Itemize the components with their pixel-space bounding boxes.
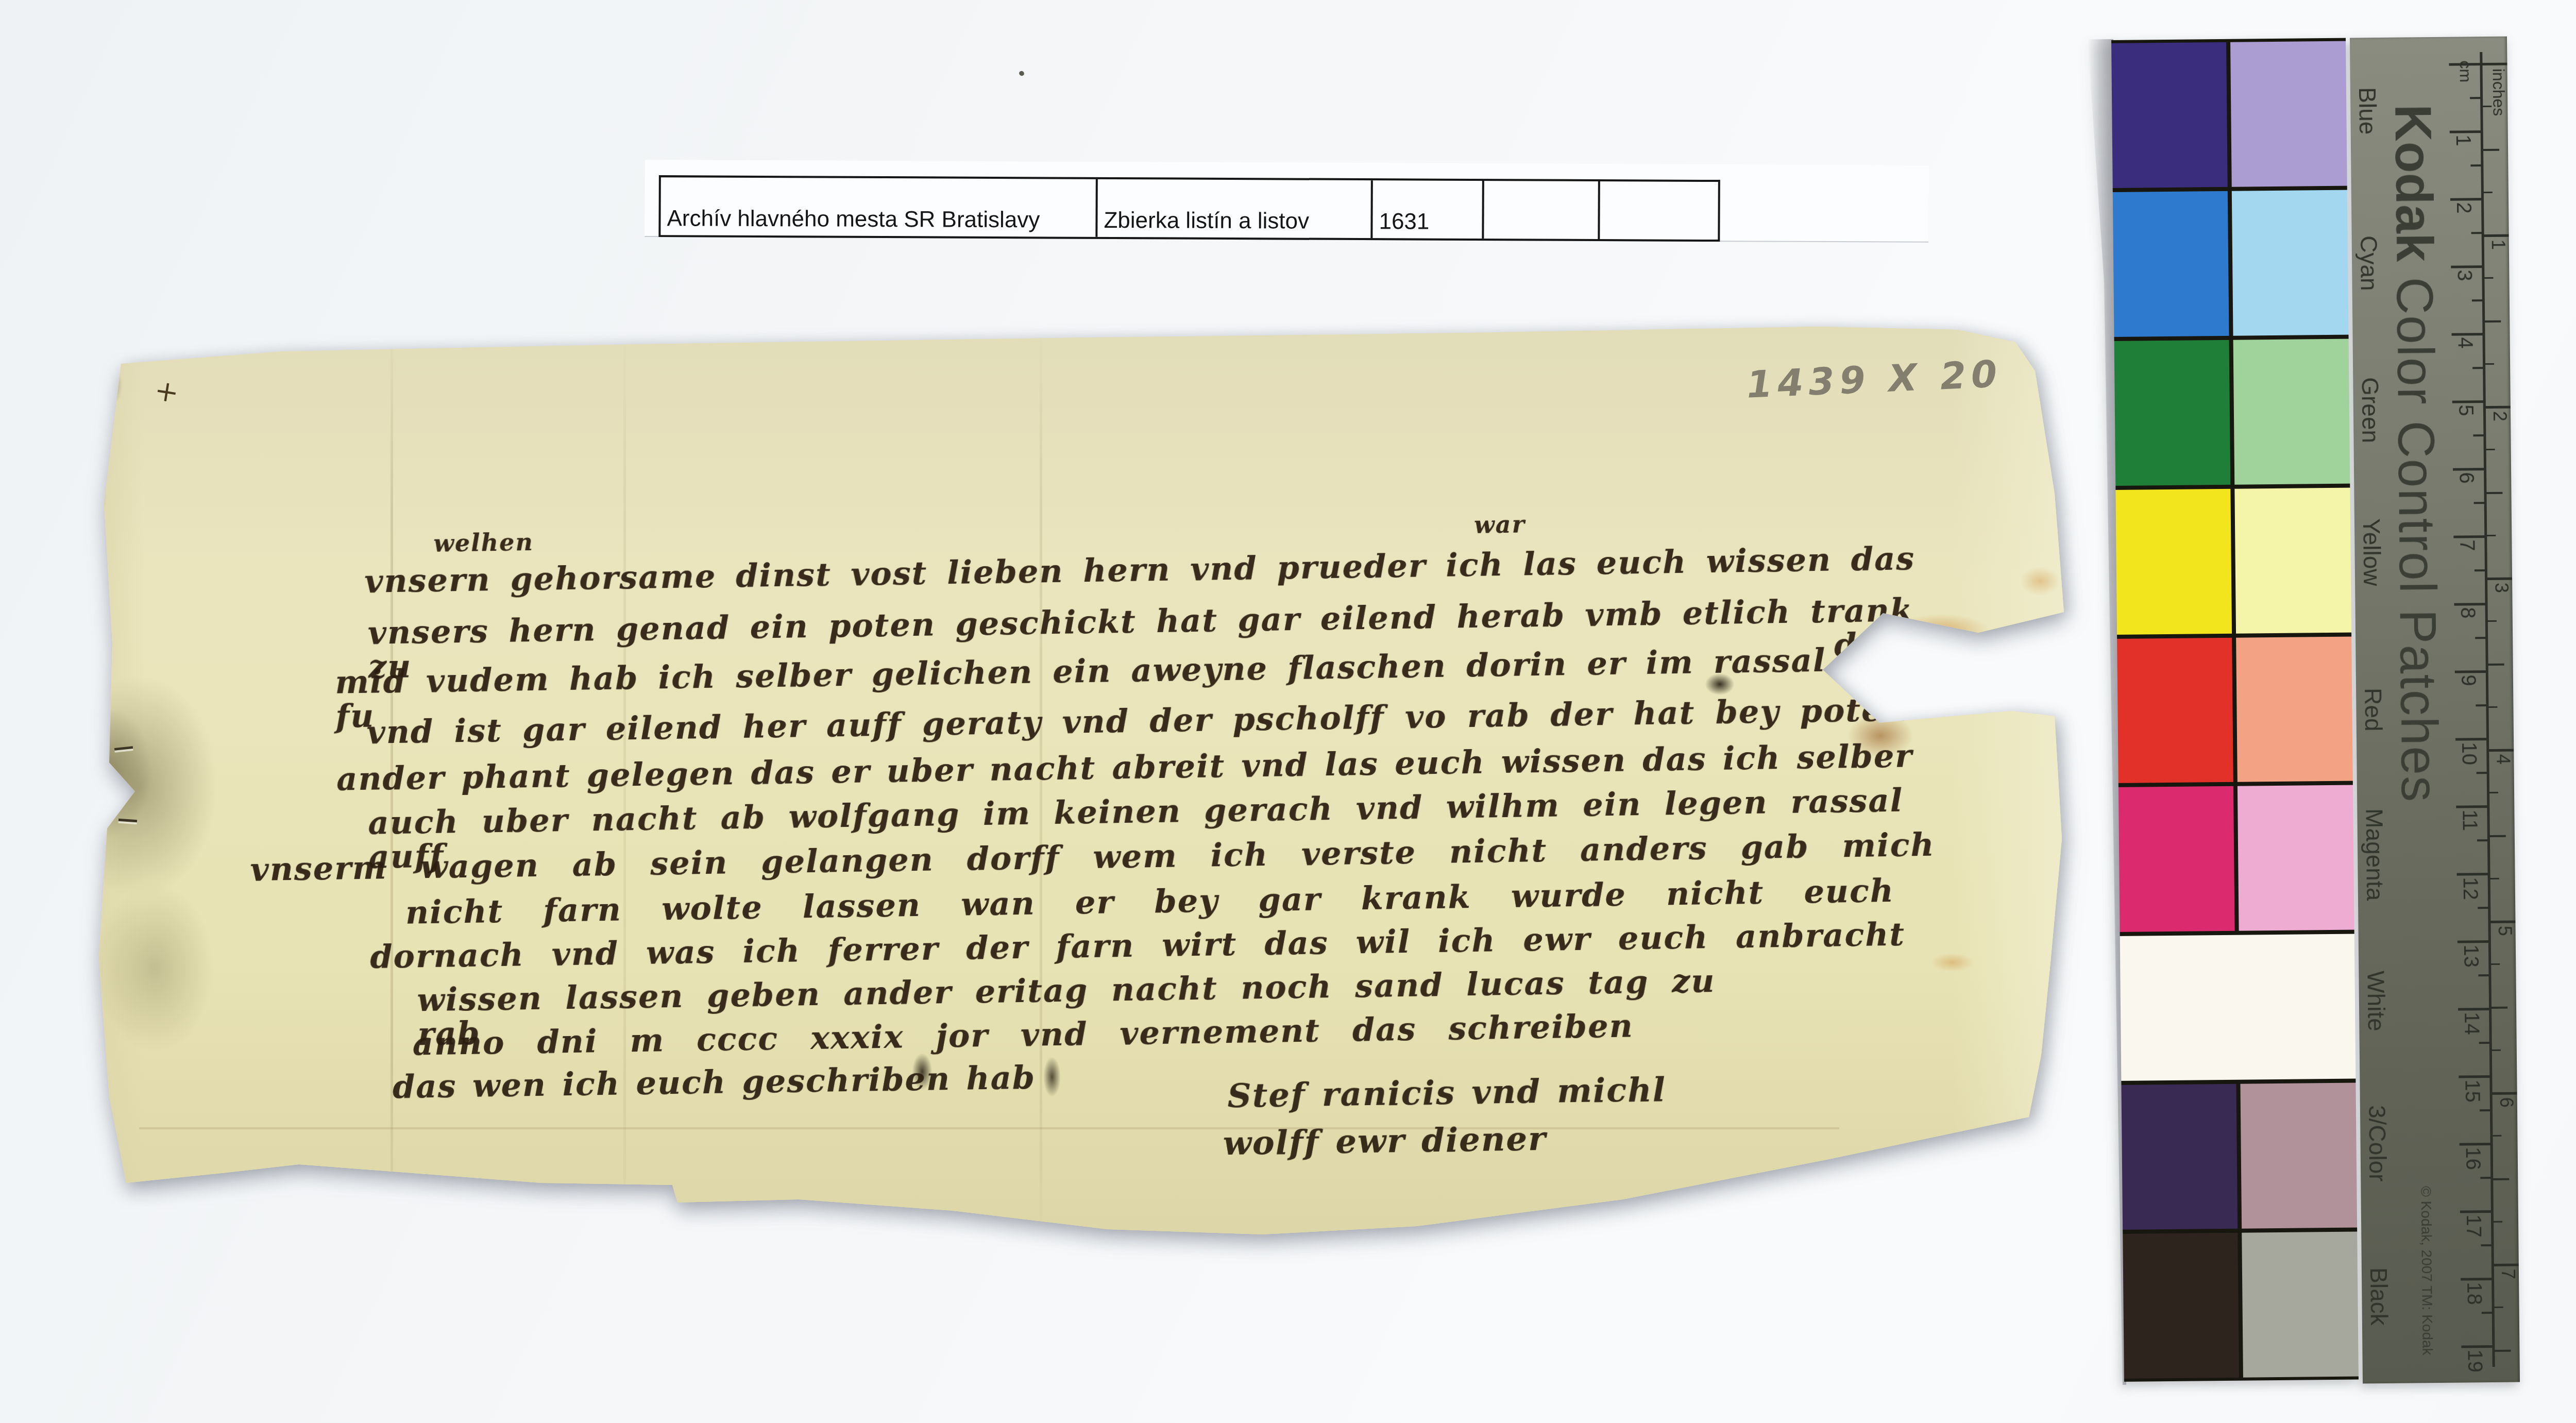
inch-tick-minor bbox=[2488, 792, 2498, 793]
cm-number: 19 bbox=[2464, 1349, 2485, 1373]
patch-white-full bbox=[2120, 934, 2356, 1081]
inch-tick-minor bbox=[2488, 835, 2506, 837]
patch-red-tint bbox=[2236, 636, 2353, 782]
inch-tick-minor bbox=[2490, 1049, 2501, 1051]
cm-tick-major bbox=[2458, 940, 2489, 943]
cm-number: 14 bbox=[2461, 1012, 2482, 1035]
inch-number: 1 bbox=[2489, 240, 2507, 250]
patch-black-tint bbox=[2242, 1232, 2359, 1378]
inch-tick-minor bbox=[2483, 277, 2493, 279]
patch-label-green: Green bbox=[2358, 377, 2382, 443]
cm-tick-half bbox=[2480, 1109, 2491, 1111]
inch-tick-minor bbox=[2485, 535, 2496, 536]
cm-number: 5 bbox=[2455, 404, 2476, 416]
cm-tick-half bbox=[2473, 434, 2484, 436]
cm-tick-half bbox=[2477, 772, 2488, 774]
patch-3color-solid bbox=[2121, 1084, 2238, 1230]
cm-tick-major bbox=[2456, 805, 2488, 808]
inch-number: 6 bbox=[2497, 1097, 2516, 1108]
cm-tick-half bbox=[2475, 637, 2486, 639]
manuscript-line-1: vnsern gehorsame dinst vost lieben hern … bbox=[364, 541, 1916, 601]
inch-number: 2 bbox=[2490, 411, 2509, 421]
patch-row-labels: BlueCyanGreenYellowRedMagentaWhite3/Colo… bbox=[2350, 37, 2507, 38]
dust-speck bbox=[1018, 70, 1025, 77]
patch-label-blue: Blue bbox=[2355, 87, 2380, 135]
cm-tick-half bbox=[2472, 367, 2484, 369]
manuscript-interlinear-2: war bbox=[1474, 507, 1526, 541]
cm-number: 3 bbox=[2454, 269, 2475, 281]
cm-tick-major bbox=[2461, 1345, 2493, 1348]
kodak-gray-bar: Kodak Color Control Patches © Kodak, 200… bbox=[2350, 37, 2520, 1384]
cm-tick-major bbox=[2459, 1075, 2490, 1078]
patch-black-solid bbox=[2123, 1233, 2239, 1379]
cm-number: 7 bbox=[2456, 539, 2477, 551]
inch-tick-minor bbox=[2487, 663, 2504, 665]
inch-tick-minor bbox=[2491, 1135, 2501, 1137]
patch-3color-tint bbox=[2240, 1083, 2357, 1229]
patch-magenta-tint bbox=[2238, 785, 2354, 931]
cm-number: 4 bbox=[2455, 337, 2476, 349]
inch-tick-minor bbox=[2482, 148, 2499, 150]
photo-background: Archív hlavného mesta SR BratislavyZbier… bbox=[0, 0, 2576, 1423]
cm-number: 6 bbox=[2456, 472, 2477, 484]
cm-tick-major bbox=[2455, 670, 2487, 673]
cm-number: 16 bbox=[2463, 1147, 2483, 1170]
cm-tick-major bbox=[2450, 198, 2482, 201]
inch-number: 5 bbox=[2496, 926, 2514, 936]
patch-blue-solid bbox=[2111, 42, 2228, 188]
inch-tick-major bbox=[2483, 234, 2509, 237]
cm-tick-major bbox=[2454, 603, 2486, 606]
inch-tick-major bbox=[2493, 1264, 2519, 1266]
label-cell-text: Zbierka listín a listov bbox=[1104, 209, 1309, 233]
patch-cyan-tint bbox=[2232, 190, 2349, 335]
patch-label-3color: 3/Color bbox=[2365, 1105, 2389, 1181]
inch-tick-minor bbox=[2492, 1221, 2502, 1223]
parchment-sheet: + 1439 X 20 vnsern gehorsame dinst vost … bbox=[77, 324, 2066, 1251]
cm-tick-major bbox=[2457, 873, 2489, 876]
patch-cyan-solid bbox=[2113, 191, 2229, 337]
kodak-brand: Kodak bbox=[2384, 104, 2443, 262]
inch-tick-minor bbox=[2489, 878, 2499, 879]
cm-tick-major bbox=[2461, 1278, 2493, 1281]
manuscript-line-11: anno dni m cccc xxxix jor vnd vernement … bbox=[412, 1009, 1634, 1063]
cm-tick-major bbox=[2455, 738, 2487, 741]
inch-tick-minor bbox=[2487, 706, 2497, 708]
inch-tick-major bbox=[2486, 578, 2512, 580]
patch-yellow-tint bbox=[2234, 487, 2351, 633]
cm-number: 8 bbox=[2458, 607, 2478, 619]
cm-number: 15 bbox=[2462, 1079, 2482, 1103]
patch-red-solid bbox=[2117, 637, 2233, 783]
cm-tick-major bbox=[2453, 468, 2485, 471]
patch-green-solid bbox=[2114, 340, 2231, 486]
cm-number: 13 bbox=[2461, 944, 2481, 968]
inch-tick-major bbox=[2484, 406, 2511, 409]
inch-number: 4 bbox=[2494, 754, 2512, 765]
cm-number: 12 bbox=[2460, 877, 2481, 900]
cm-tick-major bbox=[2452, 400, 2484, 403]
inch-tick-major bbox=[2491, 1092, 2517, 1095]
kodak-color-strip: Kodak Color Control Patches © Kodak, 200… bbox=[2111, 37, 2520, 1386]
cm-tick-half bbox=[2475, 569, 2486, 571]
label-cell-2: Zbierka listín a listov bbox=[1095, 179, 1370, 238]
inch-tick-major bbox=[2489, 921, 2515, 923]
inch-number: 3 bbox=[2492, 583, 2511, 593]
inch-tick-minor bbox=[2489, 963, 2500, 965]
cm-number: 18 bbox=[2464, 1282, 2484, 1305]
patch-label-cyan: Cyan bbox=[2357, 235, 2381, 291]
cm-number: 10 bbox=[2459, 742, 2479, 765]
cm-tick-major bbox=[2458, 1008, 2490, 1011]
cm-tick-half bbox=[2470, 97, 2481, 99]
patch-blue-tint bbox=[2230, 41, 2347, 187]
inch-tick-minor bbox=[2485, 449, 2495, 450]
archival-label-table: Archív hlavného mesta SR BratislavyZbier… bbox=[658, 175, 1720, 242]
manuscript-document: + 1439 X 20 vnsern gehorsame dinst vost … bbox=[77, 324, 2066, 1251]
ruler-marks: 123456789101112131415161718191234567 bbox=[2350, 37, 2507, 38]
patch-label-red: Red bbox=[2361, 687, 2385, 731]
inch-tick-minor bbox=[2492, 1178, 2509, 1180]
patch-magenta-solid bbox=[2119, 786, 2235, 932]
label-cell-1: Archív hlavného mesta SR Bratislavy bbox=[660, 177, 1095, 237]
inch-number: 7 bbox=[2499, 1269, 2517, 1279]
manuscript-interlinear-1: welhen bbox=[433, 525, 534, 561]
archival-label-strip: Archív hlavného mesta SR BratislavyZbier… bbox=[645, 160, 1929, 243]
cm-tick-half bbox=[2479, 1042, 2490, 1044]
cm-number: 11 bbox=[2459, 809, 2480, 831]
inch-tick-major bbox=[2481, 63, 2507, 65]
cm-tick-half bbox=[2480, 1177, 2492, 1179]
ruler-inches-label: inches bbox=[2490, 69, 2507, 116]
inch-tick-minor bbox=[2493, 1307, 2503, 1308]
manuscript-signature-2: wolff ewr diener bbox=[1223, 1122, 1547, 1161]
cm-tick-half bbox=[2481, 1244, 2492, 1246]
inch-tick-minor bbox=[2484, 363, 2494, 365]
label-cell-4 bbox=[1482, 181, 1598, 239]
patch-yellow-solid bbox=[2115, 488, 2232, 634]
cm-tick-major bbox=[2453, 535, 2485, 538]
cm-tick-half bbox=[2478, 974, 2489, 976]
label-cell-3: 1631 bbox=[1370, 180, 1482, 239]
color-patches-grid bbox=[2111, 38, 2359, 1382]
cm-tick-major bbox=[2450, 130, 2482, 133]
cm-tick-half bbox=[2472, 299, 2483, 301]
cm-tick-major bbox=[2460, 1143, 2492, 1146]
patch-label-yellow: Yellow bbox=[2360, 518, 2384, 586]
patch-green-tint bbox=[2233, 338, 2350, 484]
patch-label-magenta: Magenta bbox=[2362, 808, 2387, 900]
cm-tick-major bbox=[2451, 333, 2483, 336]
cm-tick-half bbox=[2471, 232, 2483, 234]
cm-tick-major bbox=[2451, 265, 2483, 268]
cm-tick-half bbox=[2477, 839, 2488, 841]
inch-tick-minor bbox=[2481, 106, 2492, 107]
cm-tick-half bbox=[2478, 907, 2489, 909]
inch-tick-major bbox=[2487, 749, 2514, 752]
cm-number: 1 bbox=[2453, 134, 2473, 146]
kodak-title-rest: Color Control Patches bbox=[2385, 261, 2448, 803]
handwritten-text-block: vnsern gehorsame dinst vost lieben hern … bbox=[77, 294, 2079, 1251]
kodak-copyright: © Kodak, 2007 TM: Kodak bbox=[2418, 1186, 2434, 1356]
cm-tick-major bbox=[2449, 63, 2481, 66]
cm-tick-half bbox=[2476, 704, 2487, 706]
patch-label-white: White bbox=[2364, 970, 2388, 1031]
cm-tick-half bbox=[2474, 502, 2485, 504]
kodak-title: Kodak Color Control Patches bbox=[2387, 104, 2445, 803]
manuscript-signature-1: Stef ranicis vnd michl bbox=[1227, 1073, 1666, 1113]
inch-tick-minor bbox=[2482, 192, 2493, 193]
inch-tick-minor bbox=[2483, 320, 2501, 322]
label-cell-5 bbox=[1598, 181, 1718, 240]
cm-tick-major bbox=[2460, 1210, 2492, 1213]
inch-tick-minor bbox=[2486, 620, 2497, 622]
cm-tick-half bbox=[2482, 1312, 2493, 1314]
label-cell-text: Archív hlavného mesta SR Bratislavy bbox=[667, 207, 1040, 231]
manuscript-line-12: das wen ich euch geschriben hab bbox=[393, 1060, 1068, 1104]
patch-label-black: Black bbox=[2367, 1267, 2391, 1325]
inch-tick-minor bbox=[2485, 492, 2502, 494]
cm-number: 2 bbox=[2453, 202, 2474, 214]
inch-tick-minor bbox=[2490, 1006, 2507, 1008]
inch-tick-minor bbox=[2493, 1349, 2511, 1351]
cm-number: 17 bbox=[2463, 1214, 2484, 1238]
cm-number: 9 bbox=[2458, 674, 2479, 686]
label-cell-text: 1631 bbox=[1379, 210, 1429, 233]
cm-tick-half bbox=[2470, 164, 2482, 166]
